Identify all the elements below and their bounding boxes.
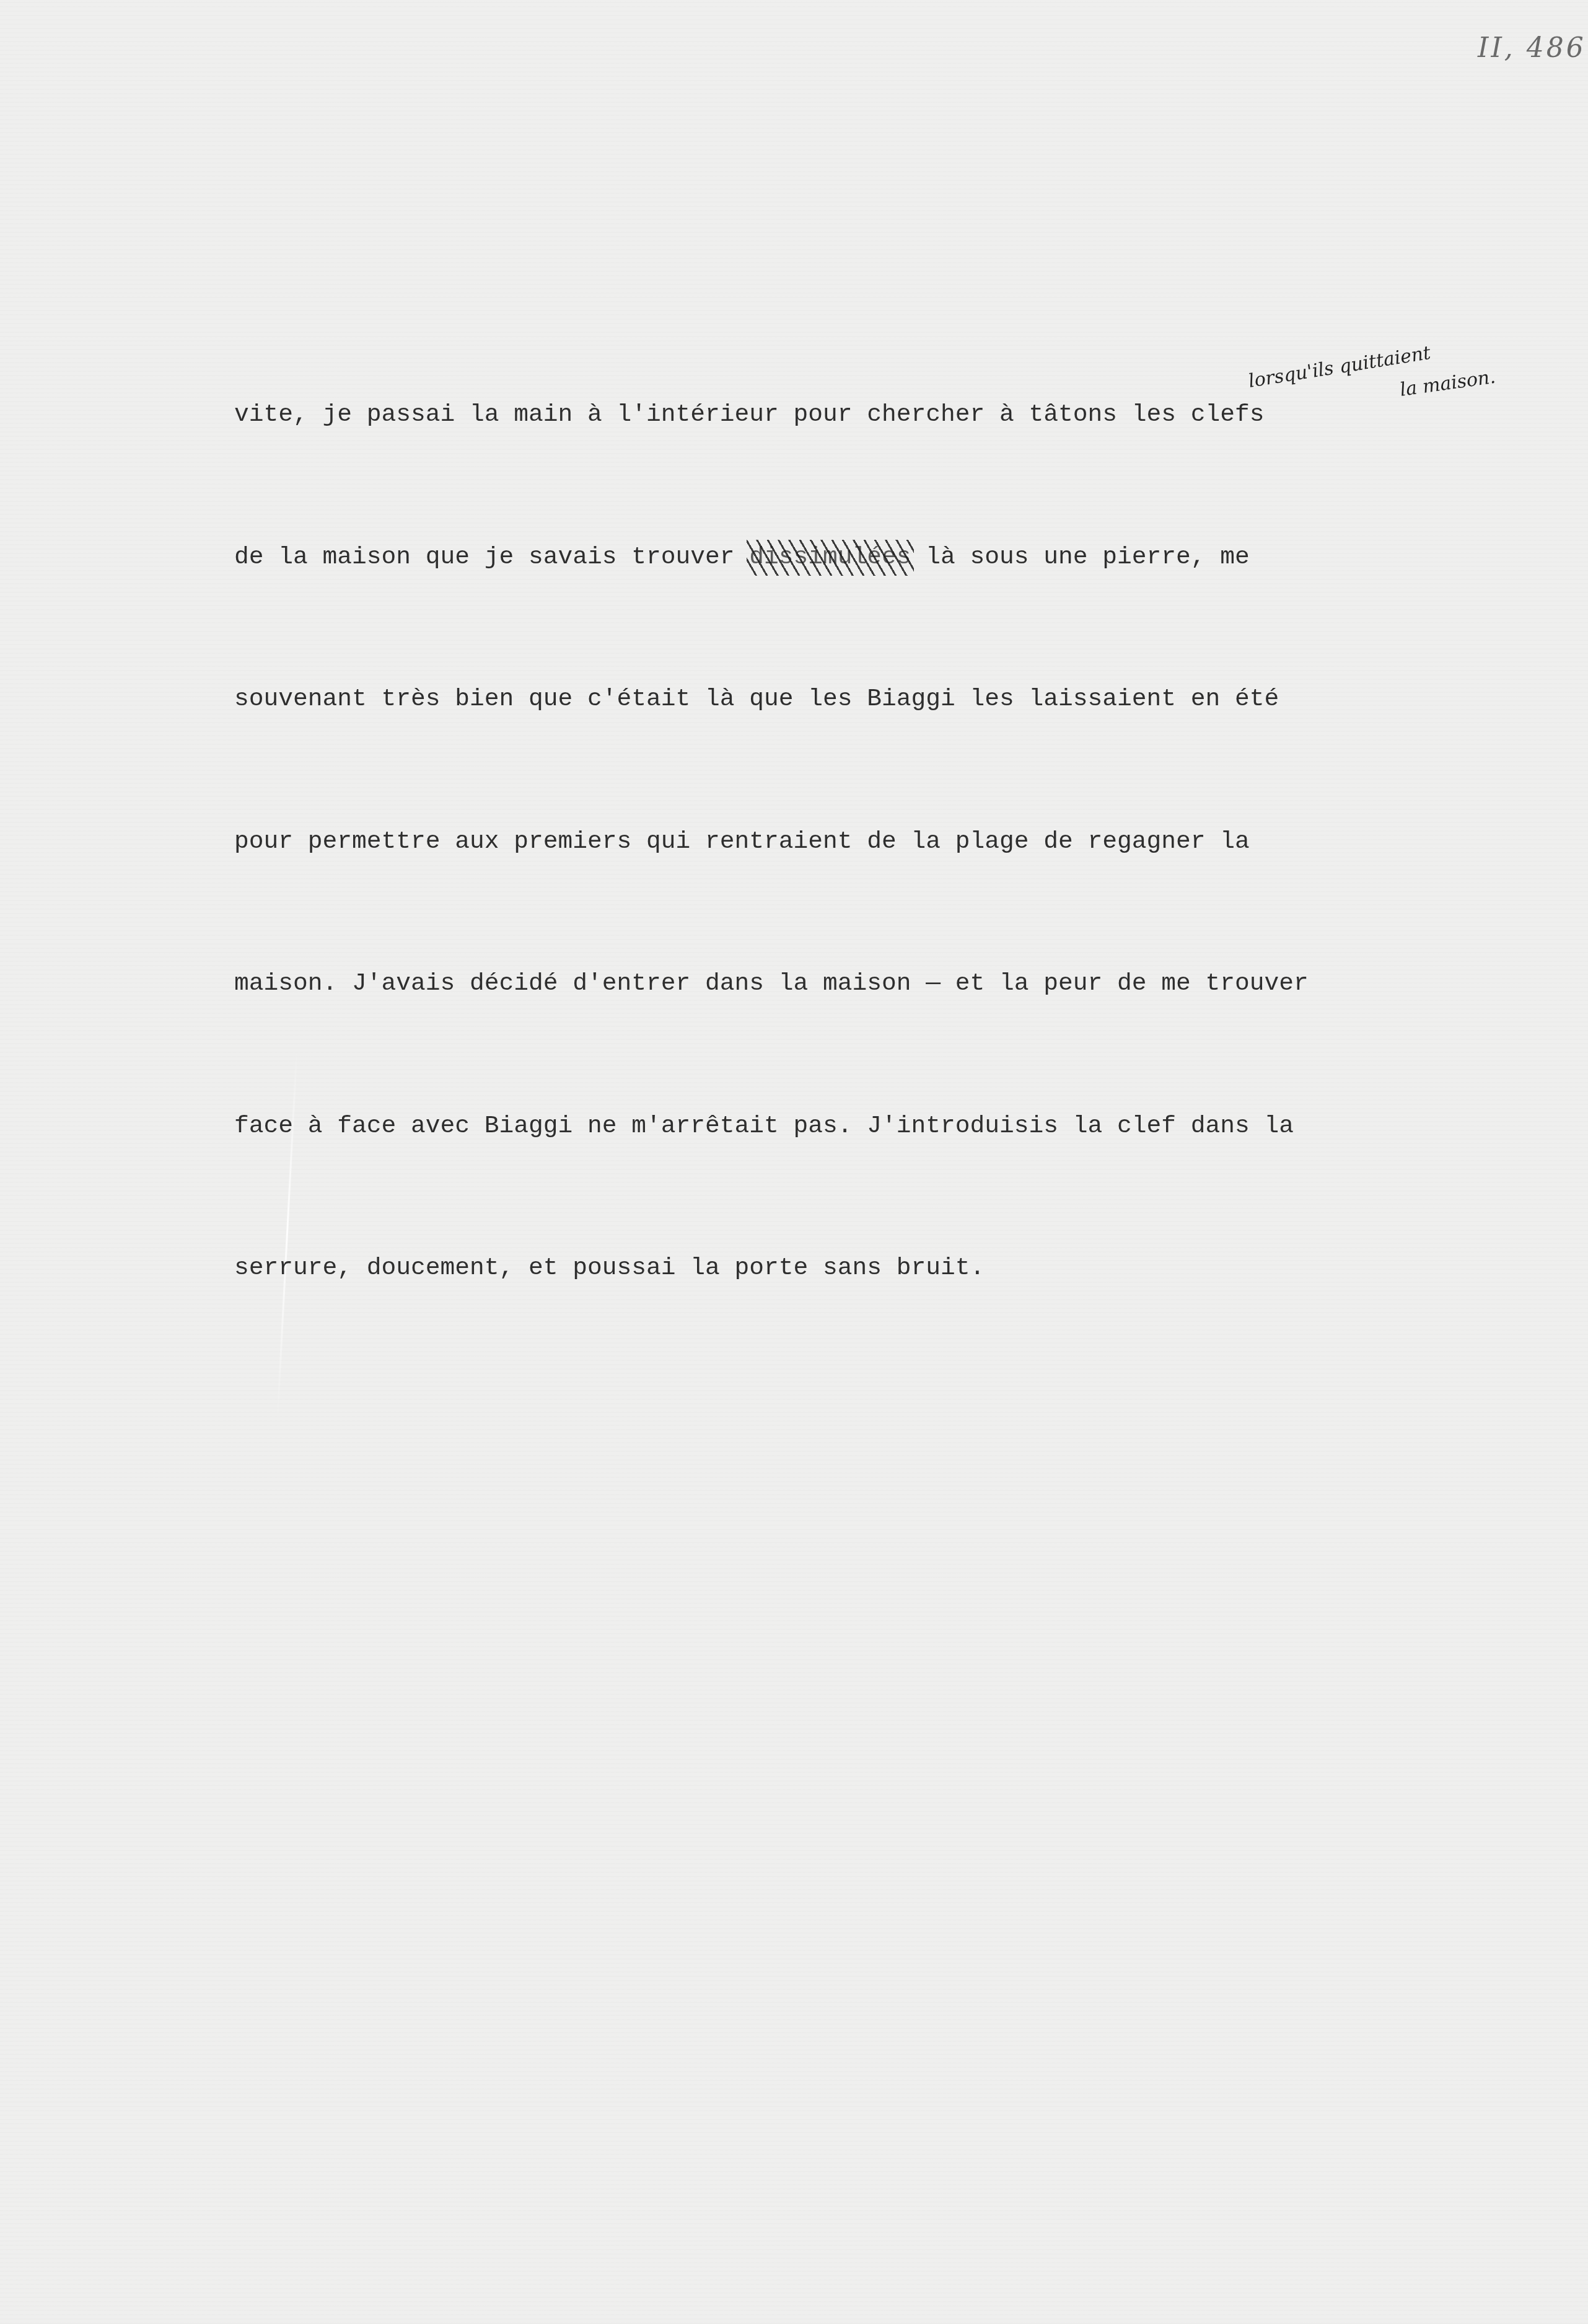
typescript-line: serrure, doucement, et poussai la porte … [234, 1244, 1309, 1292]
line-text: maison. J'avais décidé d'entrer dans la … [234, 969, 1309, 997]
typescript-line: vite, je passai la main à l'intérieur po… [234, 391, 1309, 439]
typescript-line: maison. J'avais décidé d'entrer dans la … [234, 960, 1309, 1008]
struck-out-word: dissimulées [749, 534, 911, 581]
line-text: là sous une pierre, me [911, 543, 1250, 571]
line-text: serrure, doucement, et poussai la porte … [234, 1254, 985, 1282]
line-text: de la maison que je savais trouver [234, 543, 749, 571]
line-text: pour permettre aux premiers qui rentraie… [234, 827, 1250, 855]
typescript-line: souvenant très bien que c'était là que l… [234, 676, 1309, 723]
typescript-body: vite, je passai la main à l'intérieur po… [234, 296, 1309, 1339]
line-text: vite, je passai la main à l'intérieur po… [234, 400, 1265, 428]
typescript-line: face à face avec Biaggi ne m'arrêtait pa… [234, 1103, 1309, 1150]
page-number: II, 486 [1478, 32, 1586, 64]
line-text: souvenant très bien que c'était là que l… [234, 685, 1279, 713]
line-text: face à face avec Biaggi ne m'arrêtait pa… [234, 1112, 1294, 1140]
typescript-line: de la maison que je savais trouver dissi… [234, 534, 1309, 581]
typescript-line: pour permettre aux premiers qui rentraie… [234, 818, 1309, 866]
